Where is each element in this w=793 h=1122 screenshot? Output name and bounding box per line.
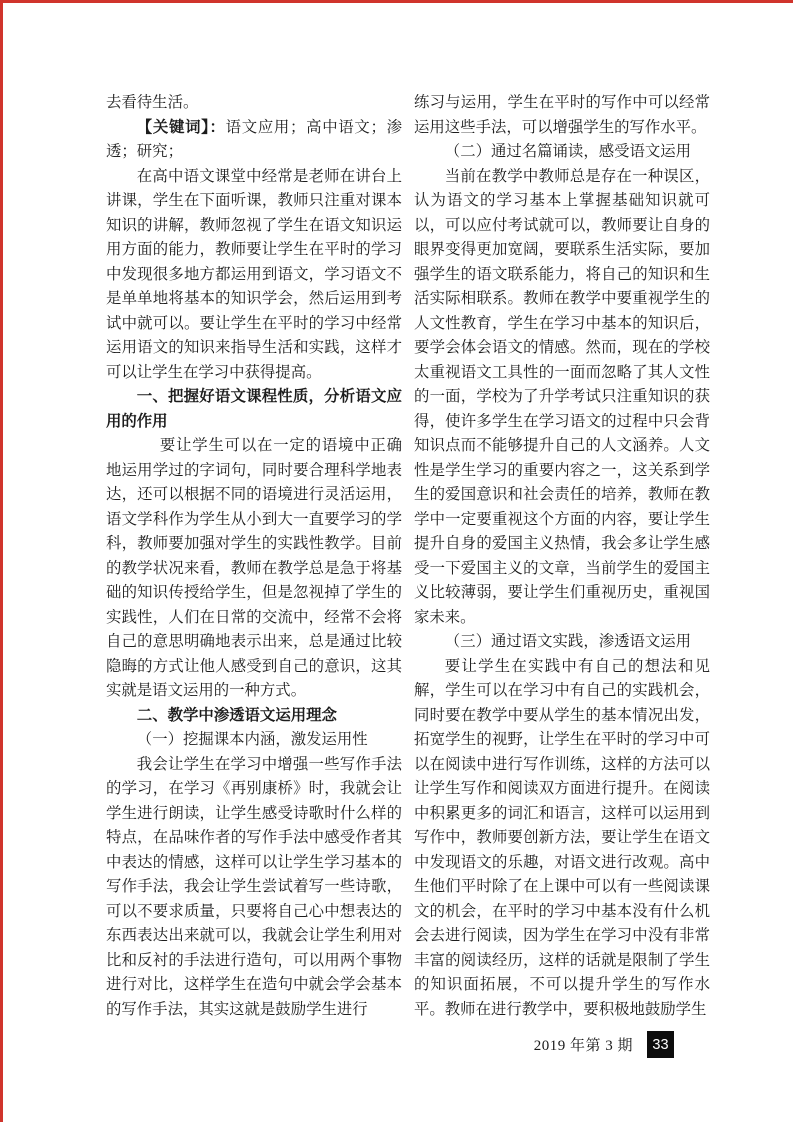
paragraph: 去看待生活。 <box>106 91 402 116</box>
page-border-left <box>0 0 3 1122</box>
keywords-line: 【关键词】：语文应用；高中语文；渗透；研究； <box>106 116 402 165</box>
subsection-heading: （一）挖掘课本内涵，激发运用性 <box>106 728 402 753</box>
keywords-label: 【关键词】： <box>137 119 226 136</box>
paragraph: 要让学生在实践中有自己的想法和见解，学生可以在学习中有自己的实践机会，同时要在教… <box>414 655 710 1023</box>
paragraph: 在高中语文课堂中经常是老师在讲台上讲课，学生在下面听课，教师只注重对课本知识的讲… <box>106 165 402 386</box>
page-number-badge: 33 <box>647 1031 674 1058</box>
section-heading: 二、教学中渗透语文运用理念 <box>106 704 402 729</box>
page-border-top <box>0 0 793 3</box>
paragraph: 要让学生可以在一定的语境中正确地运用学过的字词句，同时要合理科学地表达，还可以根… <box>106 434 402 704</box>
subsection-heading: （二）通过名篇诵读，感受语文运用 <box>414 140 710 165</box>
subsection-heading: （三）通过语文实践，渗透语文运用 <box>414 630 710 655</box>
page-footer: 2019 年第 3 期 33 <box>534 1031 674 1058</box>
page-content: 去看待生活。【关键词】：语文应用；高中语文；渗透；研究；在高中语文课堂中经常是老… <box>106 91 710 1022</box>
right-column: 练习与运用，学生在平时的写作中可以经常运用这些手法，可以增强学生的写作水平。（二… <box>414 91 710 1022</box>
issue-label: 2019 年第 3 期 <box>534 1034 633 1055</box>
left-column: 去看待生活。【关键词】：语文应用；高中语文；渗透；研究；在高中语文课堂中经常是老… <box>106 91 402 1022</box>
section-heading: 一、把握好语文课程性质，分析语文应用的作用 <box>106 385 402 434</box>
paragraph: 我会让学生在学习中增强一些写作手法的学习，在学习《再别康桥》时，我就会让学生进行… <box>106 753 402 1023</box>
paragraph: 当前在教学中教师总是存在一种误区，认为语文的学习基本上掌握基础知识就可以，可以应… <box>414 165 710 631</box>
paragraph: 练习与运用，学生在平时的写作中可以经常运用这些手法，可以增强学生的写作水平。 <box>414 91 710 140</box>
